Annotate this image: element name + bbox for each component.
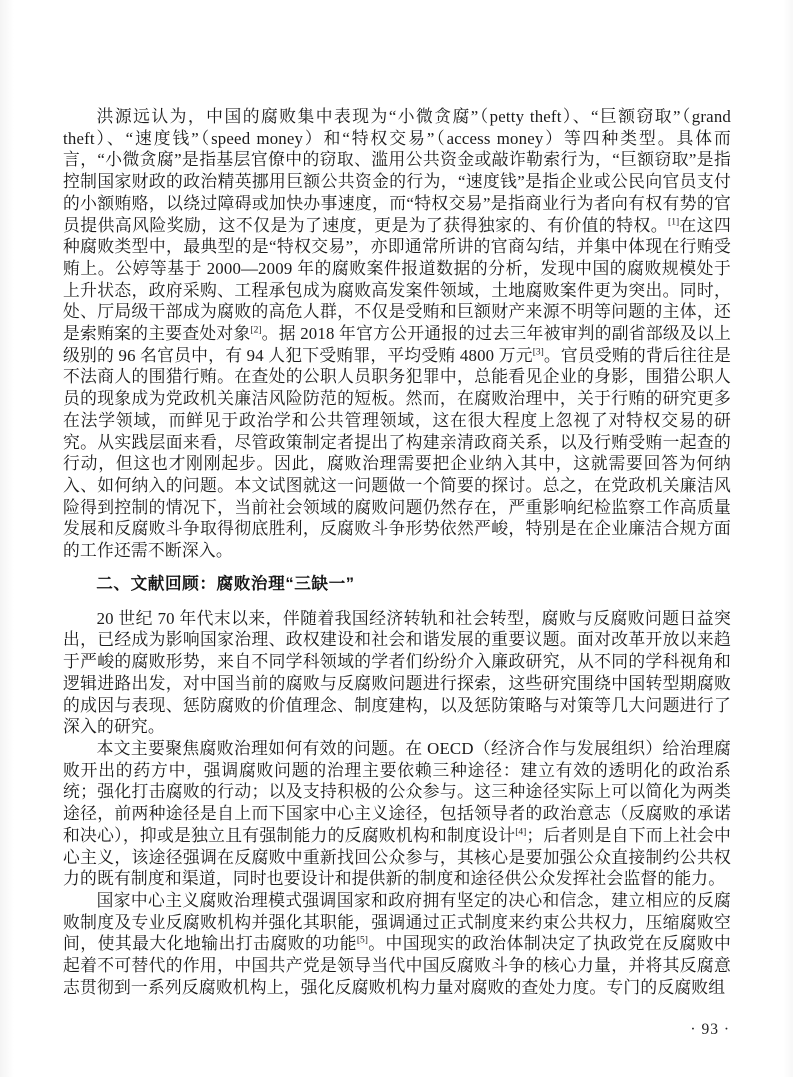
article-body: 洪源远认为，中国的腐败集中表现为“小微贪腐”（petty theft）、“巨额窃… xyxy=(63,106,731,998)
text-run: 20 世纪 70 年代末以来，伴随着我国经济转轨和社会转型，腐败与反腐败问题日益… xyxy=(63,609,731,737)
footnote-marker: [4] xyxy=(515,827,526,837)
footnote-marker: [3] xyxy=(533,347,544,357)
section-heading: 二、文献回顾：腐败治理“三缺一” xyxy=(63,573,731,595)
document-page: 洪源远认为，中国的腐败集中表现为“小微贪腐”（petty theft）、“巨额窃… xyxy=(0,0,793,1077)
footnote-marker: [1] xyxy=(668,217,679,227)
footnote-marker: [2] xyxy=(251,325,262,335)
text-run: 。官员受贿的背后往往是不法商人的围猎行贿。在查处的公职人员职务犯罪中，总能看见企… xyxy=(63,346,731,560)
paragraph: 20 世纪 70 年代末以来，伴随着我国经济转轨和社会转型，腐败与反腐败问题日益… xyxy=(63,608,731,738)
text-run: 洪源远认为，中国的腐败集中表现为“小微贪腐”（petty theft）、“巨额窃… xyxy=(63,107,731,235)
page-number: · 93 · xyxy=(690,1021,730,1039)
paragraph: 本文主要聚焦腐败治理如何有效的问题。在 OECD（经济合作与发展组织）给治理腐败… xyxy=(63,738,731,890)
footnote-marker: [5] xyxy=(357,936,368,946)
paragraph: 洪源远认为，中国的腐败集中表现为“小微贪腐”（petty theft）、“巨额窃… xyxy=(63,106,731,562)
paragraph: 国家中心主义腐败治理模式强调国家和政府拥有坚定的决心和信念，建立相应的反腐败制度… xyxy=(63,890,731,999)
